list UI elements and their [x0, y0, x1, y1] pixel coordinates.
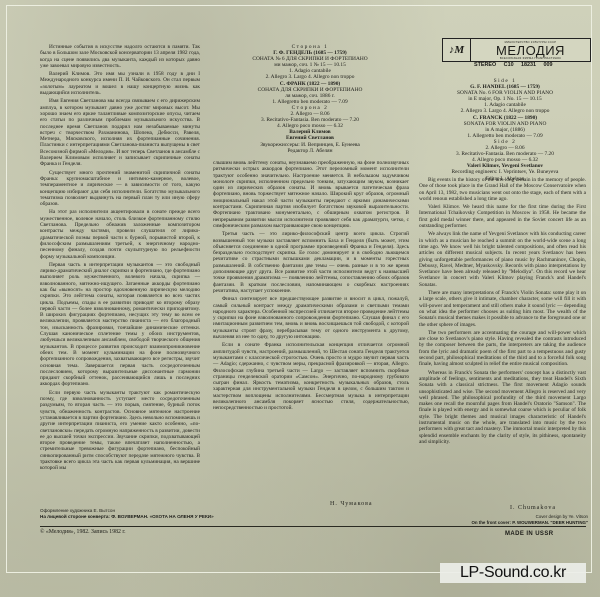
- editor: Редактор Л. Абелян: [210, 148, 410, 154]
- paragraph: слышим вновь лейттему сонаты, неузнаваем…: [213, 160, 409, 229]
- made-in-label: MADE IN USSR: [505, 531, 553, 537]
- copyright-notice: © «Мелодия», 1982. Запись 1982 г.: [40, 529, 126, 535]
- divider: [40, 526, 586, 527]
- paragraph: We always link the name of Yevgeni Svetl…: [419, 231, 586, 288]
- paragraph: Первая часть в интерпретации музыкантов …: [40, 262, 200, 388]
- cover-credit: On the front cover: P. WOUWERMAN. "DEER …: [418, 520, 588, 526]
- liner-notes-ru-middle: слышим вновь лейттему сонаты, неузнаваем…: [213, 160, 409, 414]
- paragraph: Valeri Klimov. We heard this name for th…: [419, 204, 586, 229]
- paragraph: Финал синтезирует все предшествующее раз…: [213, 296, 409, 340]
- firm-text: ВСЕСОЮЗНАЯ ФИРМА ГРАМПЛАСТИНОК: [500, 57, 561, 60]
- tracklist-en: Side 1 G. F. HANDEL (1685 — 1759) SONATA…: [420, 78, 590, 182]
- paragraph: There are many interpretations of Franck…: [419, 290, 586, 328]
- liner-notes-en: Big events in the history of the arts lo…: [419, 177, 586, 447]
- brand-name: МЕЛОДИЯ: [496, 44, 565, 57]
- author-signature-ru: Н. Чумакова: [330, 501, 373, 507]
- paragraph: Третья часть — это лирико-философский це…: [213, 231, 409, 294]
- paragraph: На этот раз исполнители акцентировали в …: [40, 209, 200, 259]
- format-label: STEREO: [474, 62, 496, 68]
- author-signature-en: I. Chumakova: [510, 505, 556, 511]
- catalog-line: STEREO C10 18231 009: [474, 62, 553, 68]
- paragraph: Whereas in Franck's Sonata the performer…: [419, 370, 586, 446]
- paragraph: Существует много прочтений знаменитой ск…: [40, 170, 200, 208]
- catalog-number: C10 18231 009: [504, 62, 553, 68]
- paragraph: The two performers are accentuating the …: [419, 330, 586, 368]
- paragraph: Big events in the history of the arts lo…: [419, 177, 586, 202]
- tracklist-ru: Сторона 1 Г. Ф. ГЕНДЕЛЬ (1685 — 1759) СО…: [210, 44, 410, 154]
- melodiya-note-icon: ♪M: [443, 39, 471, 61]
- credits-ru: Оформление художника Е. Вытсон На лицево…: [40, 508, 214, 520]
- paragraph: Имя Евгения Светланова мы всегда связыва…: [40, 98, 200, 167]
- paragraph: Истинные события в искусстве надолго ост…: [40, 44, 200, 69]
- liner-notes-ru-left: Истинные события в искусстве надолго ост…: [40, 44, 200, 474]
- paragraph: Если в сонате Франка исполнительская кон…: [213, 342, 409, 411]
- record-sleeve-back: Истинные события в искусстве надолго ост…: [0, 0, 600, 597]
- credits-en: Cover design by Ye. Vitson On the front …: [418, 514, 588, 525]
- watermark: LP-Sound.co.kr: [440, 563, 586, 583]
- paragraph: Валерий Климов. Это имя мы узнали в 1958…: [40, 71, 200, 96]
- paragraph: Если первую часть музыканты трактуют как…: [40, 390, 200, 472]
- cover-credit: На лицевой стороне конверта: Ф. ВОУВЕРМА…: [40, 514, 214, 520]
- melodiya-logo: ♪M МИНИСТЕРСТВО КУЛЬТУРЫ СССР МЕЛОДИЯ ВС…: [442, 38, 591, 62]
